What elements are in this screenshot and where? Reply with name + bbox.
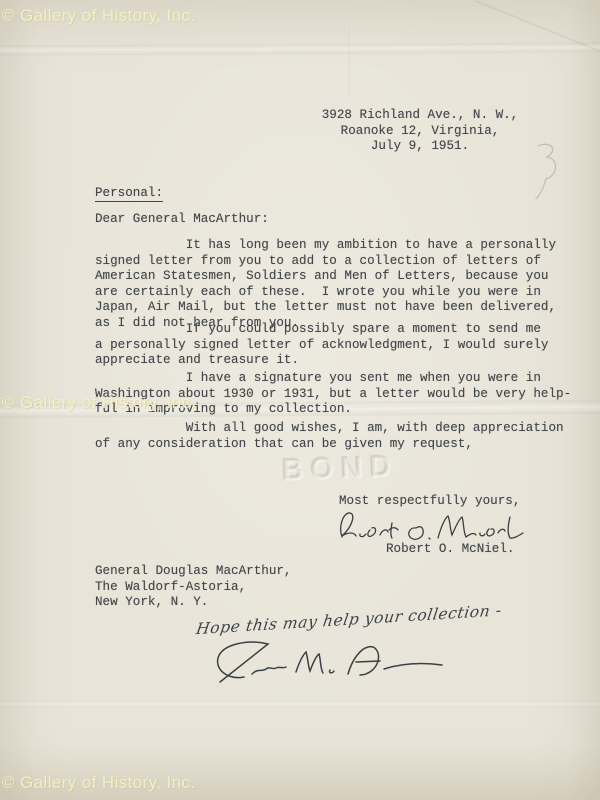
paper-bond-watermark: BOND <box>281 450 398 488</box>
mcniel-signature <box>332 505 532 547</box>
body-line: It has long been my ambition to have a p… <box>95 238 556 254</box>
salutation: Dear General MacArthur: <box>95 212 269 228</box>
body-line: Japan, Air Mail, but the letter must not… <box>95 300 556 316</box>
body-line: appreciate and treasure it. <box>95 353 548 369</box>
fold-crease-top <box>0 42 600 55</box>
watermark-middle: © Gallery of History, Inc. <box>2 393 196 413</box>
personal-label: Personal: <box>95 186 163 202</box>
body-line: With all good wishes, I am, with deep ap… <box>95 421 564 437</box>
watermark-top: © Gallery of History, Inc. <box>2 6 196 26</box>
sender-city: Roanoke 12, Virginia, <box>320 124 520 140</box>
recipient-address-block: General Douglas MacArthur, The Waldorf-A… <box>95 564 292 611</box>
crease-vertical <box>349 26 351 96</box>
paragraph-4: With all good wishes, I am, with deep ap… <box>95 421 564 452</box>
sender-street: 3928 Richland Ave., N. W., <box>320 108 520 124</box>
body-line: signed letter from you to add to a colle… <box>95 254 556 270</box>
letter-scan: BOND 3928 Richland Ave., N. W., Roanoke … <box>0 0 600 800</box>
macarthur-signature <box>208 632 458 688</box>
typed-signature-name: Robert O. McNiel. <box>386 542 514 558</box>
body-line: are certainly each of these. I wrote you… <box>95 285 556 301</box>
recipient-name: General Douglas MacArthur, <box>95 564 292 580</box>
sender-address-block: 3928 Richland Ave., N. W., Roanoke 12, V… <box>320 108 520 155</box>
letter-date: July 9, 1951. <box>320 139 520 155</box>
paragraph-2: If you could possibly spare a moment to … <box>95 322 548 369</box>
pencil-mark <box>520 138 572 204</box>
fold-crease-bottom <box>0 700 600 708</box>
body-line: I have a signature you sent me when you … <box>95 371 571 387</box>
body-line: of any consideration that can be given m… <box>95 437 564 453</box>
body-line: American Statesmen, Soldiers and Men of … <box>95 269 556 285</box>
recipient-hotel: The Waldorf-Astoria, <box>95 580 292 596</box>
recipient-city: New York, N. Y. <box>95 595 292 611</box>
watermark-bottom: © Gallery of History, Inc. <box>2 773 196 793</box>
paragraph-1: It has long been my ambition to have a p… <box>95 238 556 331</box>
crease-diagonal-right <box>475 0 600 58</box>
body-line: If you could possibly spare a moment to … <box>95 322 548 338</box>
body-line: a personally signed letter of acknowledg… <box>95 338 548 354</box>
